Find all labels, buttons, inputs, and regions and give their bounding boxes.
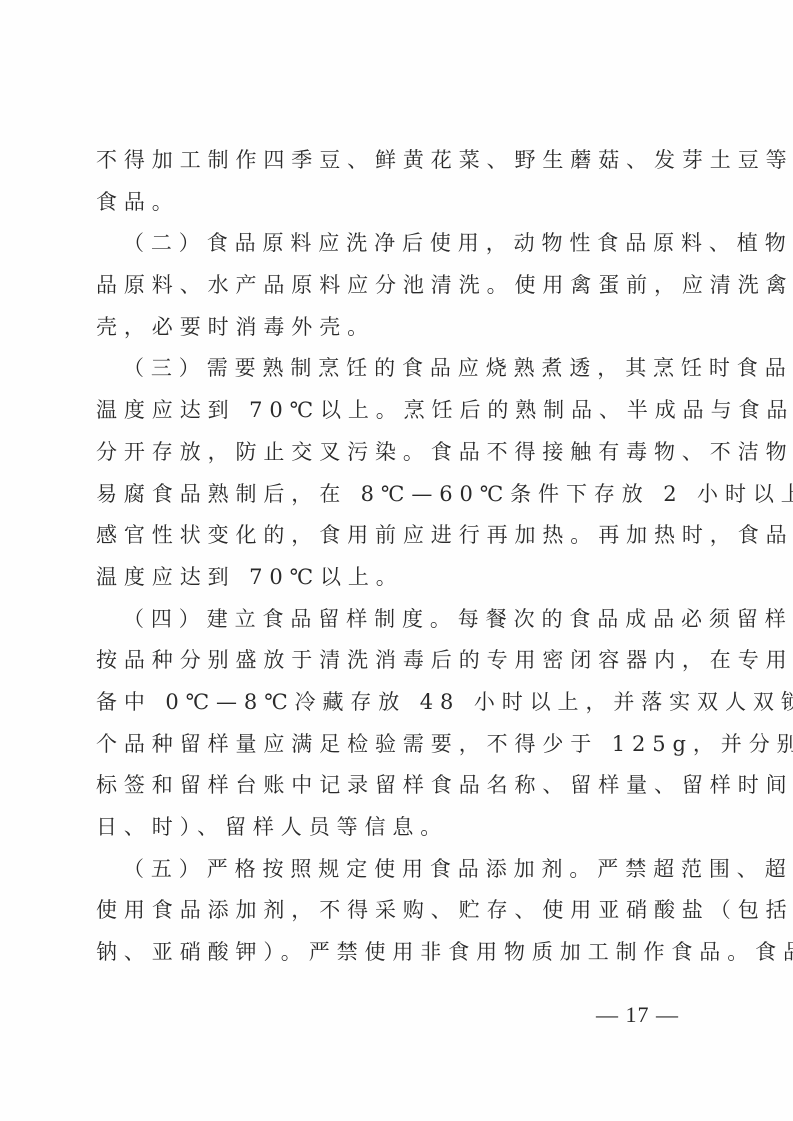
text-line: 壳，必要时消毒外壳。 [96,307,686,349]
text-line: 品原料、水产品原料应分池清洗。使用禽蛋前，应清洗禽蛋的外 [96,265,686,307]
text-line: 温度应达到 70℃以上。烹饪后的熟制品、半成品与食品原料应 [96,390,686,432]
text-line: 使用食品添加剂，不得采购、贮存、使用亚硝酸盐（包括亚硝酸 [96,890,686,932]
text-line: 感官性状变化的，食用前应进行再加热。再加热时，食品的中心 [96,515,686,557]
section-heading-line: （四）建立食品留样制度。每餐次的食品成品必须留样，并 [96,599,686,641]
text-line: 备中 0℃—8℃冷藏存放 48 小时以上，并落实双人双锁管理。每 [96,682,686,724]
text-line: 易腐食品熟制后，在 8℃—60℃条件下存放 2 小时以上且未发生 [96,474,686,516]
text-line: 食品。 [96,182,686,224]
body-text: 不得加工制作四季豆、鲜黄花菜、野生蘑菇、发芽土豆等高风险 食品。 （二）食品原料… [96,140,686,974]
section-heading-line: （五）严格按照规定使用食品添加剂。严禁超范围、超剂量 [96,849,686,891]
text-line: 分开存放，防止交叉污染。食品不得接触有毒物、不洁物。高危 [96,432,686,474]
text-line: 钠、亚硝酸钾）。严禁使用非食用物质加工制作食品。食品添加 [96,932,686,974]
text-line: 按品种分别盛放于清洗消毒后的专用密闭容器内，在专用冷藏设 [96,640,686,682]
section-heading-line: （二）食品原料应洗净后使用，动物性食品原料、植物性食 [96,223,686,265]
text-line: 标签和留样台账中记录留样食品名称、留样量、留样时间（月、 [96,765,686,807]
text-line: 温度应达到 70℃以上。 [96,557,686,599]
page-number: — 17 — [596,1002,679,1028]
text-line: 日、时）、留样人员等信息。 [96,807,686,849]
text-line: 个品种留样量应满足检验需要，不得少于 125g，并分别在留样 [96,724,686,766]
text-line: 不得加工制作四季豆、鲜黄花菜、野生蘑菇、发芽土豆等高风险 [96,140,686,182]
section-heading-line: （三）需要熟制烹饪的食品应烧熟煮透，其烹饪时食品中心 [96,348,686,390]
document-page: 不得加工制作四季豆、鲜黄花菜、野生蘑菇、发芽土豆等高风险 食品。 （二）食品原料… [0,0,793,1121]
